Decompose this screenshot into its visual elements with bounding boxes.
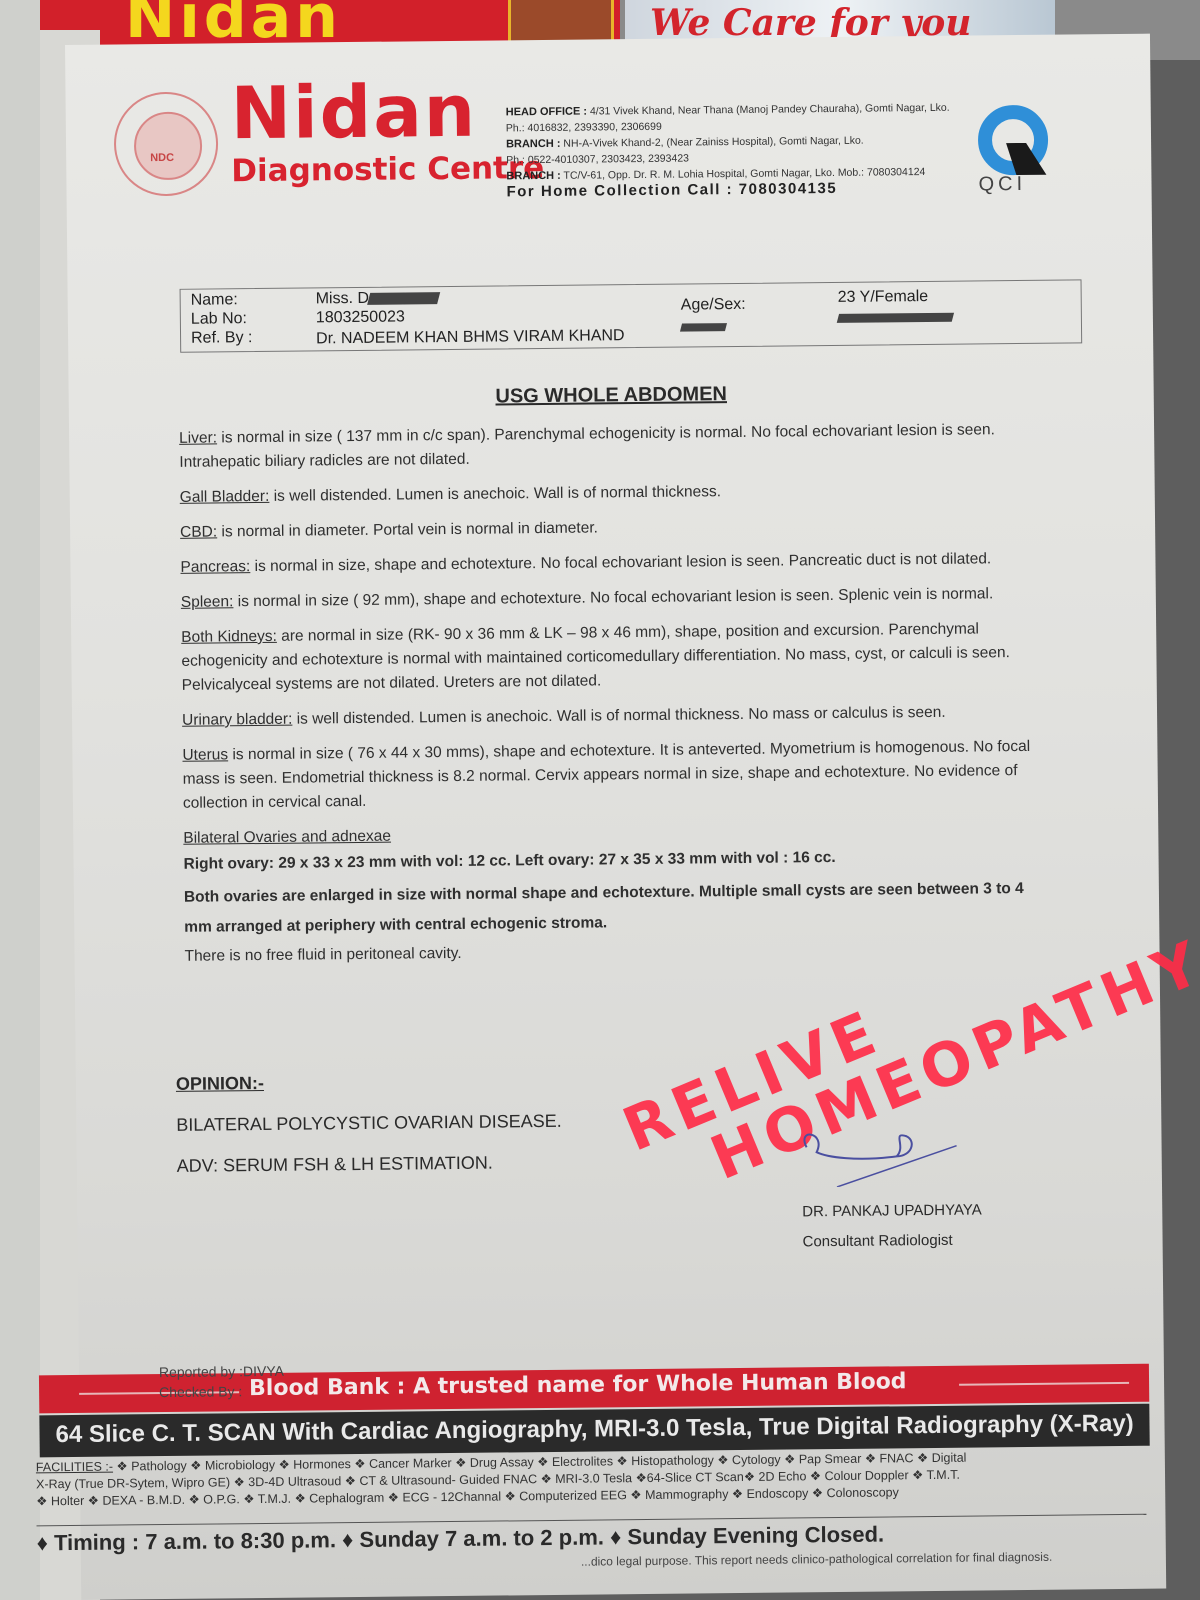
radiologist-title: Consultant Radiologist — [802, 1225, 982, 1257]
findings: Liver: is normal in size ( 137 mm in c/c… — [179, 418, 1045, 980]
finding-kidneys: Both Kidneys: are normal in size (RK- 90… — [181, 617, 1042, 698]
report-page: NDC Nidan Diagnostic Centre HEAD OFFICE … — [65, 34, 1166, 1600]
finding-urinary-bladder: Urinary bladder: is well distended. Lume… — [182, 700, 1042, 733]
brand-logo: Nidan — [230, 69, 477, 156]
advice-text: ADV: SERUM FSH & LH ESTIMATION. — [177, 1152, 563, 1177]
lab-label: Lab No: — [191, 310, 247, 329]
reported-by: Reported by :DIVYA Checked By : — [159, 1361, 284, 1402]
quality-seal-icon: NDC — [114, 91, 219, 196]
age-value: 23 Y/Female — [838, 288, 929, 307]
radiologist-name: DR. PANKAJ UPADHYAYA — [802, 1195, 982, 1227]
home-collection-number: For Home Collection Call : 7080304135 — [506, 179, 976, 200]
services-text: 64 Slice C. T. SCAN With Cardiac Angiogr… — [55, 1410, 1133, 1449]
address-block: HEAD OFFICE : 4/31 Vivek Khand, Near Tha… — [506, 99, 977, 200]
background-surface — [0, 0, 40, 1600]
opinion-text: BILATERAL POLYCYSTIC OVARIAN DISEASE. — [176, 1111, 562, 1136]
radiologist-block: DR. PANKAJ UPADHYAYA Consultant Radiolog… — [802, 1195, 982, 1257]
redaction-mark — [681, 318, 726, 336]
facilities-list: FACILITIES :- ❖ Pathology ❖ Microbiology… — [36, 1448, 1146, 1511]
opinion-heading: OPINION:- — [176, 1070, 562, 1095]
seal-emblem — [134, 112, 203, 181]
finding-gall-bladder: Gall Bladder: is well distended. Lumen i… — [180, 477, 1040, 510]
blood-bank-text: Blood Bank : A trusted name for Whole Hu… — [249, 1369, 907, 1401]
report-title: USG WHOLE ABDOMEN — [69, 379, 1154, 413]
ref-value: Dr. NADEEM KHAN BHMS VIRAM KHAND — [316, 327, 625, 348]
age-label: Age/Sex: — [681, 296, 746, 315]
redaction-mark — [838, 309, 953, 328]
name-value: Miss. D — [316, 289, 440, 308]
redaction-mark — [367, 292, 440, 305]
patient-info-box: Name: Miss. D Lab No: 1803250023 Ref. By… — [180, 279, 1083, 352]
finding-spleen: Spleen: is normal in size ( 92 mm), shap… — [181, 582, 1041, 615]
brand-subtitle: Diagnostic Centre — [231, 150, 544, 189]
ref-label: Ref. By : — [191, 329, 253, 348]
qci-label: QCI — [978, 173, 1026, 196]
ovaries-description: Both ovaries are enlarged in size with n… — [184, 874, 1045, 943]
finding-uterus: Uterus is normal in size ( 76 x 44 x 30 … — [182, 735, 1043, 816]
signature-icon — [796, 1126, 967, 1188]
seal-center-text: NDC — [150, 152, 174, 164]
opinion-section: OPINION:- BILATERAL POLYCYSTIC OVARIAN D… — [176, 1070, 563, 1177]
finding-cbd: CBD: is normal in diameter. Portal vein … — [180, 512, 1040, 545]
footnote: ...dico legal purpose. This report needs… — [581, 1550, 1052, 1569]
qci-logo-icon — [976, 103, 1051, 178]
name-label: Name: — [191, 291, 238, 309]
lab-value: 1803250023 — [316, 308, 405, 327]
finding-liver: Liver: is normal in size ( 137 mm in c/c… — [179, 418, 1039, 475]
finding-pancreas: Pancreas: is normal in size, shape and e… — [180, 547, 1040, 580]
